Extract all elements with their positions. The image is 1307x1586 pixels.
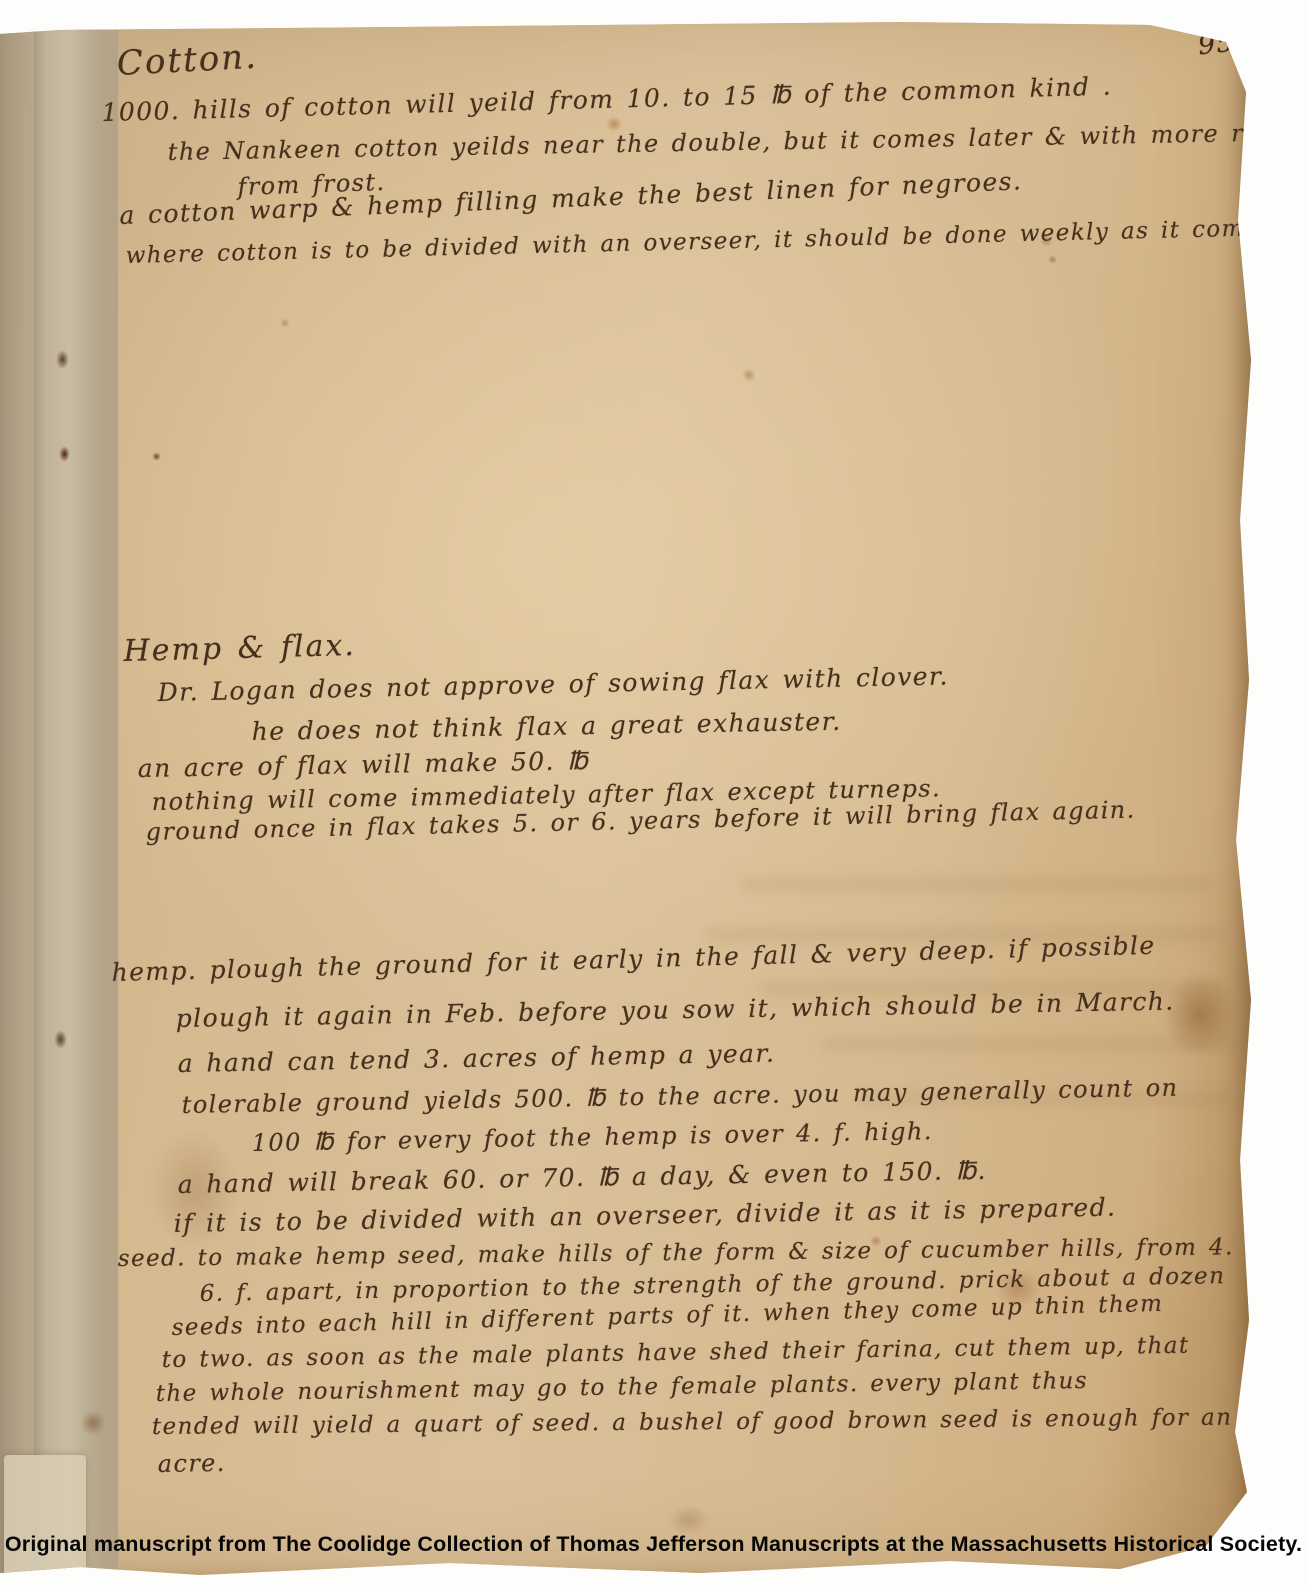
binding-tape-patch: [4, 1455, 86, 1586]
manuscript-line: hemp. plough the ground for it early in …: [111, 931, 1156, 987]
manuscript-line: Dr. Logan does not approve of sowing fla…: [157, 661, 949, 707]
binding-hole: [152, 452, 161, 461]
stain: [742, 368, 756, 382]
stain: [280, 318, 290, 328]
stain: [1048, 255, 1057, 264]
manuscript-line: the whole nourishment may go to the fema…: [156, 1368, 1089, 1407]
manuscript-line: the Nankeen cotton yeilds near the doubl…: [168, 119, 1283, 166]
binding-edge: [30, 0, 118, 1586]
showthrough-smudge: [822, 1038, 1242, 1050]
manuscript-line: 1000. hills of cotton will yeild from 10…: [101, 72, 1112, 127]
manuscript-line: acre.: [158, 1449, 227, 1478]
showthrough-smudge: [740, 878, 1210, 891]
manuscript-line: tended will yield a quart of seed. a bus…: [152, 1405, 1233, 1440]
manuscript-line: plough it again in Feb. before you sow i…: [175, 987, 1174, 1033]
manuscript-line: tolerable ground yields 500. ℔ to the ac…: [182, 1074, 1179, 1119]
manuscript-line: an acre of flax will make 50. ℔: [137, 746, 589, 783]
stain: [668, 1505, 710, 1535]
attribution-caption: Original manuscript from The Coolidge Co…: [0, 1532, 1307, 1557]
manuscript-line: 100 ℔ for every foot the hemp is over 4.…: [252, 1117, 933, 1157]
manuscript-heading: Cotton.: [116, 37, 259, 84]
manuscript-line: a hand will break 60. or 70. ℔ a day, & …: [177, 1156, 987, 1199]
manuscript-heading: Hemp & flax.: [123, 628, 356, 669]
manuscript-line: a hand can tend 3. acres of hemp a year.: [177, 1039, 775, 1078]
manuscript-line: he does not think flax a great exhauster…: [251, 707, 841, 746]
binding-shadow: [0, 0, 34, 1586]
manuscript-line: to two. as soon as the male plants have …: [162, 1333, 1190, 1373]
manuscript-line: if it is to be divided with an overseer,…: [173, 1193, 1116, 1238]
scan-background: 95. Cotton.1000. hills of cotton will ye…: [0, 0, 1307, 1586]
page-number: 95.: [1197, 26, 1246, 62]
manuscript-page: 95. Cotton.1000. hills of cotton will ye…: [0, 0, 1256, 1586]
